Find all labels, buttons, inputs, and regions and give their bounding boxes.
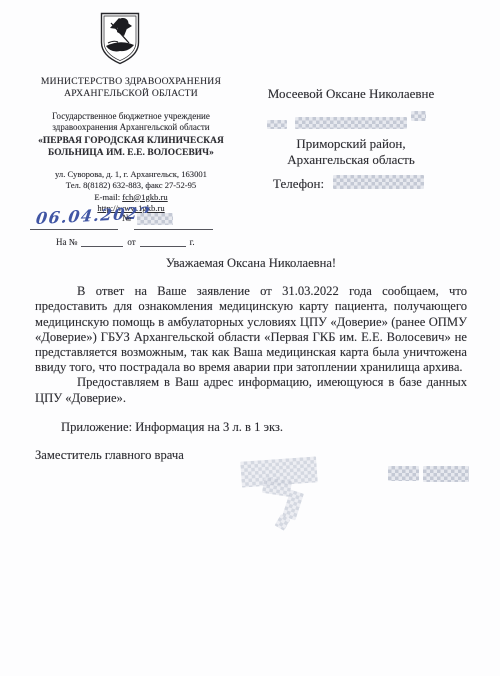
org-email-line: E-mail: fch@1gkb.ru — [26, 192, 236, 203]
recipient-district-line: Приморский район, — [262, 136, 440, 152]
reply-prefix: На № — [56, 237, 77, 247]
org-name-line-1: «ПЕРВАЯ ГОРОДСКАЯ КЛИНИЧЕСКАЯ — [26, 135, 236, 147]
recipient-phone-label: Телефон: — [273, 176, 324, 192]
arkhangelsk-coat-of-arms-icon — [98, 12, 142, 66]
recipient-name: Мосеевой Оксане Николаевне — [262, 86, 440, 102]
ministry-line-1: МИНИСТЕРСТВО ЗДРАВООХРАНЕНИЯ — [26, 76, 236, 88]
org-name-line-2: БОЛЬНИЦА ИМ. Е.Е. ВОЛОСЕВИЧ» — [26, 147, 236, 159]
date-underline — [30, 229, 118, 230]
redaction-signature-mid — [262, 477, 292, 497]
recipient-location: Приморский район, Архангельская область — [262, 136, 440, 167]
redaction-signer-initials — [388, 466, 419, 481]
redaction-outgoing-number — [137, 213, 173, 225]
reply-date-blank — [140, 237, 186, 247]
emblem-wrap — [26, 12, 236, 74]
redaction-recipient-address-2 — [295, 117, 407, 129]
reply-from-label: от — [127, 237, 135, 247]
org-type-line-2: здравоохранения Архангельской области — [26, 122, 236, 133]
redaction-signer-surname — [423, 466, 469, 482]
number-underline — [134, 229, 213, 230]
salutation: Уважаемая Оксана Николаевна! — [35, 256, 467, 271]
redaction-recipient-address-1 — [267, 120, 287, 129]
ministry-line-2: АРХАНГЕЛЬСКОЙ ОБЛАСТИ — [26, 88, 236, 100]
reply-number-blank — [81, 237, 123, 247]
reply-reference-row: На № от г. — [56, 237, 195, 247]
org-name: «ПЕРВАЯ ГОРОДСКАЯ КЛИНИЧЕСКАЯ БОЛЬНИЦА И… — [26, 135, 236, 159]
ministry-name: МИНИСТЕРСТВО ЗДРАВООХРАНЕНИЯ АРХАНГЕЛЬСК… — [26, 76, 236, 100]
paragraph-1: В ответ на Ваше заявление от 31.03.2022 … — [35, 284, 467, 375]
email-label: E-mail: — [94, 192, 122, 202]
redaction-phone-number — [333, 175, 424, 189]
letterhead: МИНИСТЕРСТВО ЗДРАВООХРАНЕНИЯ АРХАНГЕЛЬСК… — [26, 12, 236, 214]
org-address: ул. Суворова, д. 1, г. Архангельск, 1630… — [26, 169, 236, 180]
org-type: Государственное бюджетное учреждение здр… — [26, 111, 236, 133]
letter-body: Уважаемая Оксана Николаевна! В ответ на … — [35, 256, 467, 463]
org-type-line-1: Государственное бюджетное учреждение — [26, 111, 236, 122]
paragraph-2: Предоставляем в Ваш адрес информацию, им… — [35, 375, 467, 405]
reply-year-suffix: г. — [190, 237, 195, 247]
recipient-region-line: Архангельская область — [262, 152, 440, 168]
email-link: fch@1gkb.ru — [122, 192, 167, 202]
scanned-letter-page: МИНИСТЕРСТВО ЗДРАВООХРАНЕНИЯ АРХАНГЕЛЬСК… — [0, 0, 500, 676]
org-phone-fax: Тел. 8(8182) 632-883, факс 27-52-95 — [26, 180, 236, 191]
outgoing-number-label: № — [122, 214, 131, 224]
attachment-line: Приложение: Информация на 3 л. в 1 экз. — [35, 420, 467, 435]
redaction-recipient-address-3 — [411, 111, 426, 121]
